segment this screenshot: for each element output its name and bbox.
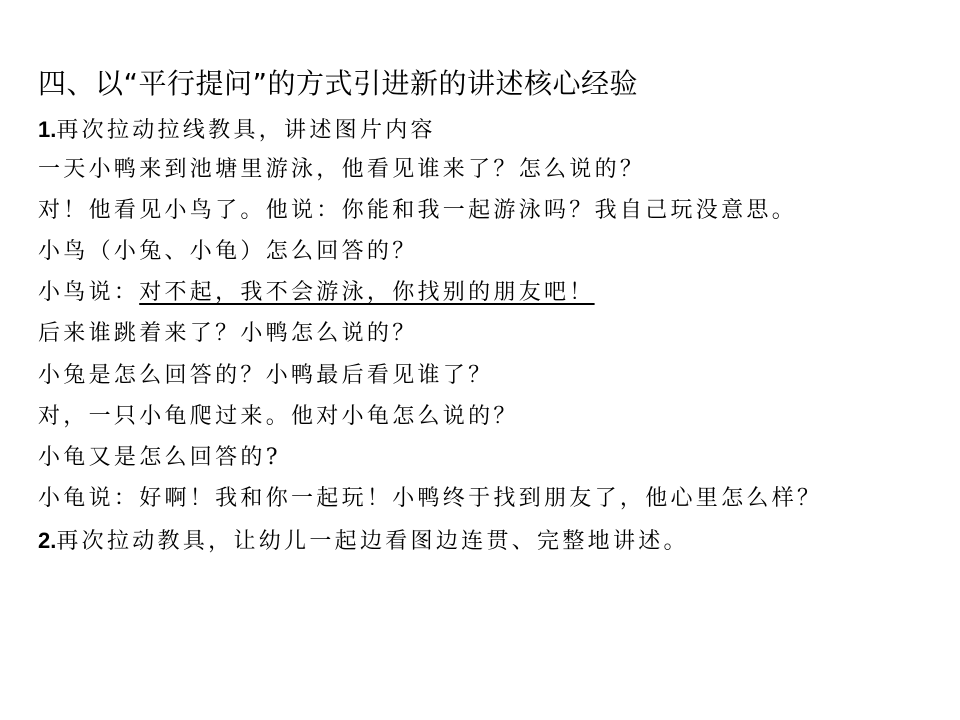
text-line: 对，一只小龟爬过来。他对小龟怎么说的？ — [38, 401, 519, 433]
slide: 四、以“平行提问”的方式引进新的讲述核心经验 1.再次拉动拉线教具，讲述图片内容… — [0, 0, 960, 720]
text-line: 后来谁跳着来了？小鸭怎么说的？ — [38, 318, 418, 350]
step-1-heading: 1.再次拉动拉线教具，讲述图片内容 — [38, 114, 436, 147]
text-line: 小龟说：好啊！我和你一起玩！小鸭终于找到朋友了，他心里怎么样？ — [38, 483, 822, 515]
text-line: 小鸟（小兔、小龟）怎么回答的？ — [38, 236, 418, 268]
text-line: 小兔是怎么回答的？小鸭最后看见谁了？ — [38, 360, 493, 392]
step-number: 1. — [38, 117, 56, 142]
text-line: 一天小鸭来到池塘里游泳，他看见谁来了？怎么说的？ — [38, 154, 645, 186]
slide-title: 四、以“平行提问”的方式引进新的讲述核心经验 — [38, 64, 638, 104]
underlined-answer: 对不起，我不会游泳，你找别的朋友吧！ — [139, 280, 594, 305]
speaker-prefix: 小鸟说： — [38, 280, 139, 305]
text-line: 对！他看见小鸟了。他说：你能和我一起游泳吗？我自己玩没意思。 — [38, 195, 797, 227]
step-2-heading: 2.再次拉动教具，让幼儿一起边看图边连贯、完整地讲述。 — [38, 525, 689, 558]
text-line: 小龟又是怎么回答的? — [38, 442, 281, 474]
step-text: 再次拉动教具，让幼儿一起边看图边连贯、完整地讲述。 — [56, 529, 689, 554]
step-text: 再次拉动拉线教具，讲述图片内容 — [56, 118, 436, 143]
text-line-underlined-answer: 小鸟说：对不起，我不会游泳，你找别的朋友吧！ — [38, 277, 595, 309]
step-number: 2. — [38, 528, 56, 553]
